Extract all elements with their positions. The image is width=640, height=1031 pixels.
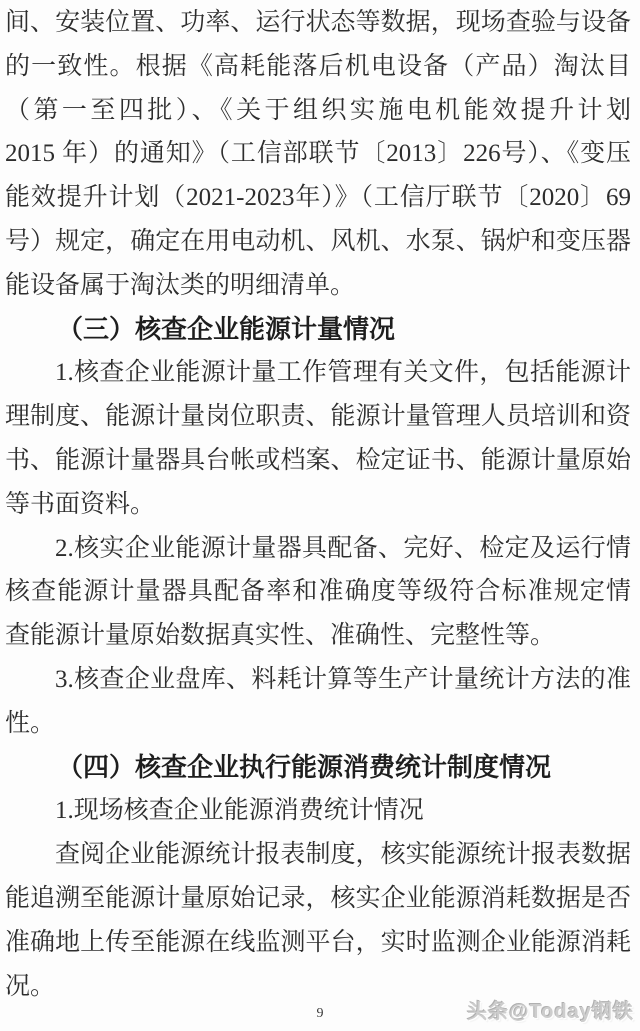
watermark-toutiao-today-steel: 头条@Today钢铁 <box>467 995 634 1024</box>
text-line: 号）规定，确定在用电动机、风机、水泵、锅炉和变压器等用 <box>5 220 631 264</box>
text-line: 的一致性。根据《高耗能落后机电设备（产品）淘汰目录》 <box>5 45 631 89</box>
text-line: 书、能源计量器具台帐或档案、检定证书、能源计量原始数据 <box>5 439 631 483</box>
text-line: 理制度、能源计量岗位职责、能源计量管理人员培训和资格证 <box>5 395 631 439</box>
text-line: 1.核查企业能源计量工作管理有关文件，包括能源计量管 <box>5 351 631 395</box>
text-line: 2015 年）的通知》（工信部联节〔2013〕226号）、《变压器 <box>5 132 631 176</box>
text-line: 能追溯至能源计量原始记录，核实企业能源消耗数据是否及时 <box>5 877 631 921</box>
document-body: 间、安装位置、功率、运行状态等数据，现场查验与设备台账的一致性。根据《高耗能落后… <box>5 1 631 1008</box>
text-line: 查阅企业能源统计报表制度，核实能源统计报表数据是否 <box>5 833 631 877</box>
text-line: 2.核实企业能源计量器具配备、完好、检定及运行情况。 <box>5 527 631 571</box>
text-line: 能设备属于淘汰类的明细清单。 <box>5 264 631 308</box>
text-line: 等书面资料。 <box>5 483 631 527</box>
document-page: 间、安装位置、功率、运行状态等数据，现场查验与设备台账的一致性。根据《高耗能落后… <box>0 0 640 1031</box>
text-line: 查能源计量原始数据真实性、准确性、完整性等。 <box>5 614 631 658</box>
section-heading: （四）核查企业执行能源消费统计制度情况 <box>5 746 631 790</box>
text-line: 能效提升计划（2021-2023年）》（工信厅联节〔2020〕69 <box>5 176 631 220</box>
text-line: 准确地上传至能源在线监测平台，实时监测企业能源消耗情 <box>5 921 631 965</box>
text-line: 3.核查企业盘库、料耗计算等生产计量统计方法的准确 <box>5 658 631 702</box>
section-heading: （三）核查企业能源计量情况 <box>5 308 631 352</box>
text-line: 1.现场核查企业能源消费统计情况 <box>5 789 631 833</box>
text-line: 核查能源计量器具配备率和准确度等级符合标准规定情况。核 <box>5 570 631 614</box>
text-line: 性。 <box>5 702 631 746</box>
text-line: 间、安装位置、功率、运行状态等数据，现场查验与设备台账 <box>5 1 631 45</box>
text-line: （第一至四批）、《关于组织实施电机能效提升计划（2013- <box>5 89 631 133</box>
